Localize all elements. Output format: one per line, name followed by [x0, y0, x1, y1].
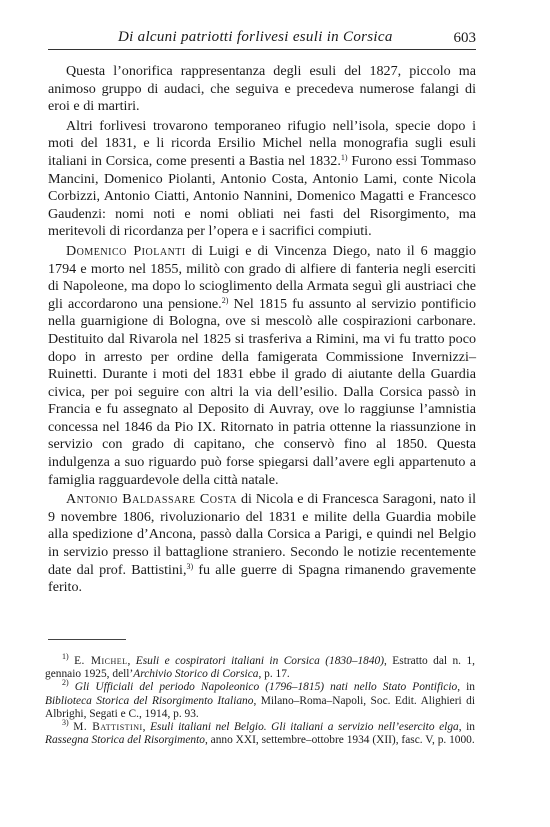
running-head: Di alcuni patriotti forlivesi esuli in C… [48, 29, 476, 47]
footnote-1: 1) E. Michel, Esuli e cospiratori italia… [45, 655, 475, 681]
footnote-2: 2) Gli Ufficiali del periodo Napoleonico… [45, 681, 475, 721]
book-page: Di alcuni patriotti forlivesi esuli in C… [0, 0, 550, 827]
footnote-3: 3) M. Battistini, Esuli italiani nel Bel… [45, 721, 475, 747]
footnote-rule [48, 639, 126, 640]
person-name: Domenico Piolanti [66, 243, 186, 259]
footnote-ref-1: 1) [341, 153, 348, 162]
paragraph-1: Questa l’onorifica rappresentanza degli … [48, 63, 476, 116]
paragraph-2: Altri forlivesi trovarono temporaneo rif… [48, 118, 476, 241]
footnotes: 1) E. Michel, Esuli e cospiratori italia… [45, 655, 475, 747]
person-name: Antonio Baldassare Costa [66, 491, 237, 507]
running-title: Di alcuni patriotti forlivesi esuli in C… [118, 29, 393, 46]
paragraph-3: Domenico Piolanti di Luigi e di Vincenza… [48, 243, 476, 489]
body-text: Questa l’onorifica rappresentanza degli … [48, 63, 476, 597]
paragraph-4: Antonio Baldassare Costa di Nicola e di … [48, 491, 476, 597]
header-rule [48, 49, 476, 50]
page-number: 603 [454, 30, 477, 47]
